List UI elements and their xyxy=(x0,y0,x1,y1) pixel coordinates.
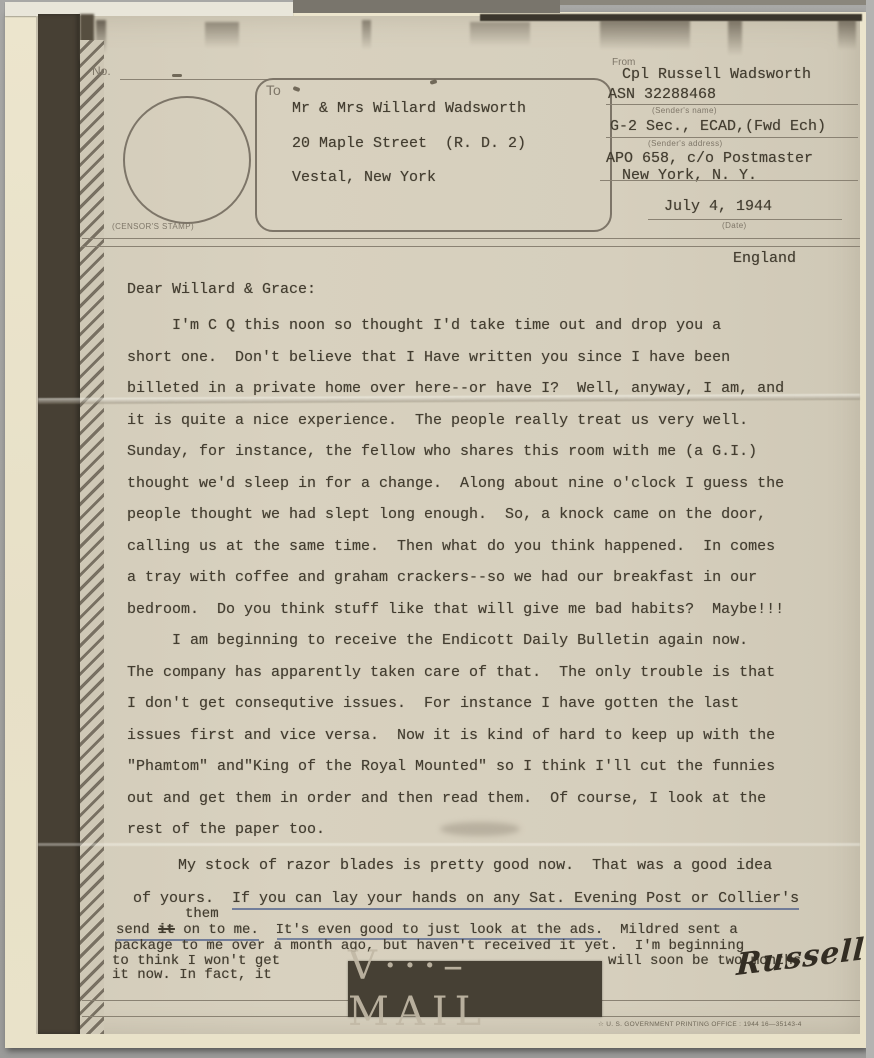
scanner-background-right xyxy=(866,0,874,1058)
sender-unit: G-2 Sec., ECAD,(Fwd Ech) xyxy=(610,118,826,135)
film-artifact xyxy=(470,22,530,46)
recipient-street: 20 Maple Street (R. D. 2) xyxy=(292,135,526,152)
line3-on-to-me: on to me. xyxy=(175,922,259,938)
letter-paragraph-3-line-3: send it on to me. It's even good to just… xyxy=(116,922,738,938)
sender-city-line xyxy=(600,180,858,181)
to-label: To xyxy=(266,82,281,98)
letter-date: July 4, 1944 xyxy=(664,198,772,215)
letter-paragraph-3-line-1: My stock of razor blades is pretty good … xyxy=(133,857,772,874)
sender-asn: ASN 32288468 xyxy=(608,86,716,103)
sender-address-line xyxy=(606,137,858,138)
letter-paragraph-3-line-2: of yours. If you can lay your hands on a… xyxy=(133,890,799,907)
scanner-background-strip-thin xyxy=(560,0,874,5)
recipient-city: Vestal, New York xyxy=(292,169,436,186)
struck-out-word: it xyxy=(158,922,175,938)
film-artifact xyxy=(362,20,371,50)
ink-mark xyxy=(172,74,182,77)
letter-paragraph-3-line-6: it now. In fact, it xyxy=(112,967,272,983)
printing-office-imprint: ☆ U. S. GOVERNMENT PRINTING OFFICE : 194… xyxy=(598,1020,813,1028)
date-caption: (Date) xyxy=(722,221,747,230)
censor-stamp-circle xyxy=(123,96,251,224)
salutation: Dear Willard & Grace: xyxy=(127,281,316,298)
censor-stamp-label: (CENSOR'S STAMP) xyxy=(112,222,194,231)
line3-send: send xyxy=(116,922,158,938)
letter-paragraph-2: I am beginning to receive the Endicott D… xyxy=(127,625,857,846)
typed-insertion-them: them xyxy=(185,906,219,922)
line3-suffix: Mildred sent a xyxy=(603,922,737,938)
location-line: England xyxy=(733,250,796,267)
pen-underlined-text: It's even good to just look at the ads. xyxy=(276,922,604,938)
sender-name-caption: (Sender's name) xyxy=(652,106,717,115)
no-label: No. xyxy=(92,64,111,78)
scanned-vmail-letter: No. (CENSOR'S STAMP) To Mr & Mrs Willard… xyxy=(0,0,874,1058)
line3-gap xyxy=(259,922,276,938)
scan-smudge xyxy=(440,822,520,836)
letter-paragraph-1: I'm C Q this noon so thought I'd take ti… xyxy=(127,310,857,625)
film-artifact xyxy=(728,20,742,56)
film-artifact xyxy=(600,20,690,50)
film-border-band xyxy=(38,14,80,1034)
sender-apo: APO 658, c/o Postmaster xyxy=(606,150,813,167)
film-artifact xyxy=(205,22,239,48)
vmail-logo-box: V···–MAIL xyxy=(348,961,602,1017)
vmail-logo-text: V···–MAIL xyxy=(348,943,602,1035)
sender-city: New York, N. Y. xyxy=(622,167,757,184)
header-rule-bottom xyxy=(82,246,860,247)
sender-name: Cpl Russell Wadsworth xyxy=(622,66,811,83)
pen-underlined-text: If you can lay your hands on any Sat. Ev… xyxy=(232,890,799,910)
scanner-background-strip xyxy=(293,0,560,13)
sender-address-caption: (Sender's address) xyxy=(648,139,723,148)
header-rule-top xyxy=(82,238,860,239)
film-artifact xyxy=(838,20,856,50)
date-line xyxy=(648,219,842,220)
form-hatched-border xyxy=(80,40,104,1034)
recipient-name: Mr & Mrs Willard Wadsworth xyxy=(292,100,526,117)
no-line xyxy=(120,79,268,80)
sender-name-line xyxy=(606,104,858,105)
line2-prefix: of yours. xyxy=(133,890,232,907)
